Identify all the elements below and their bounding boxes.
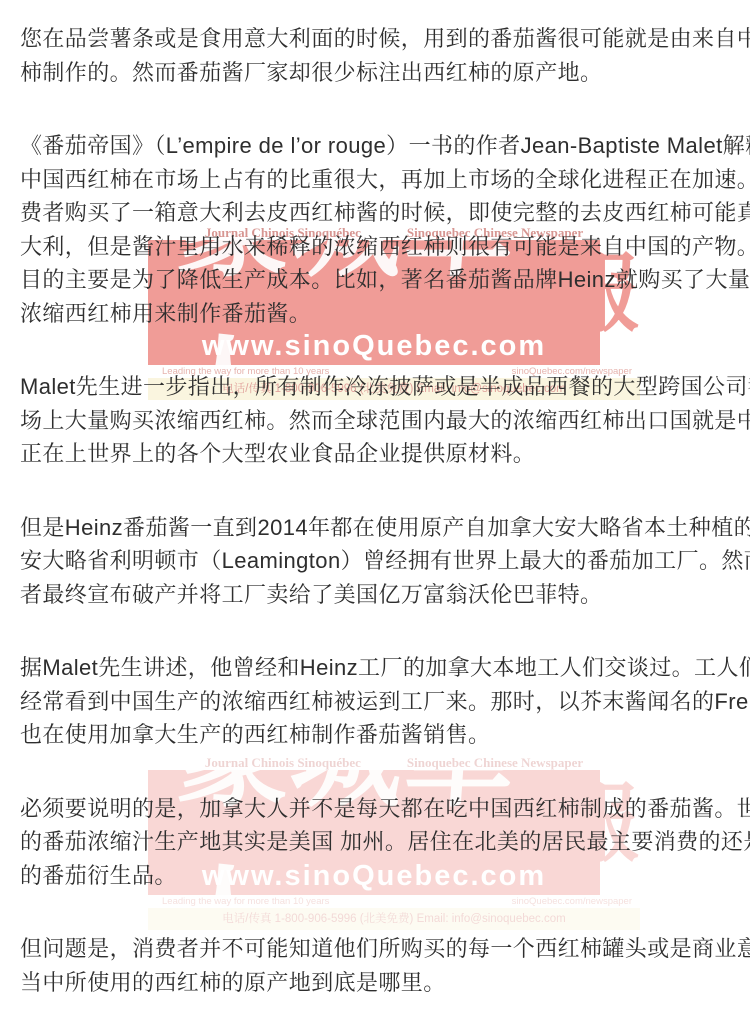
text-line: 场上大量购买浓缩西红柿。然而全球范围内最大的浓缩西红柿出口国就是中国。中国	[20, 404, 732, 438]
text-line: 柿制作的。然而番茄酱厂家却很少标注出西红柿的原产地。	[20, 56, 732, 90]
article-paragraph: 必须要说明的是，加拿大人并不是每天都在吃中国西红柿制成的番茄酱。世界上最大的番茄…	[20, 792, 732, 893]
article-paragraph: 您在品尝薯条或是食用意大利面的时候，用到的番茄酱很可能就是由来自中国的西红柿制作…	[20, 22, 732, 89]
article-paragraph: 但是Heinz番茄酱一直到2014年都在使用原产自加拿大安大略省本土种植的西红柿…	[20, 511, 732, 612]
text-line: 但问题是，消费者并不可能知道他们所购买的每一个西红柿罐头或是商业意大利面酱	[20, 932, 732, 966]
text-line: 当中所使用的西红柿的原产地到底是哪里。	[20, 966, 732, 1000]
text-line: 者最终宣布破产并将工厂卖给了美国亿万富翁沃伦巴菲特。	[20, 578, 732, 612]
article-page: Journal Chinois Sinoquébec Sinoquebec Ch…	[0, 0, 750, 1009]
text-line: 安大略省利明顿市（Leamington）曾经拥有世界上最大的番茄加工厂。然而工厂…	[20, 544, 732, 578]
text-line: 经常看到中国生产的浓缩西红柿被运到工厂来。那时，以芥末酱闻名的French’s公…	[20, 685, 732, 719]
text-line: 的番茄浓缩汁生产地其实是美国 加州。居住在北美的居民最主要消费的还是来自加州	[20, 825, 732, 859]
text-line: 浓缩西红柿用来制作番茄酱。	[20, 297, 732, 331]
article-paragraph: 但问题是，消费者并不可能知道他们所购买的每一个西红柿罐头或是商业意大利面酱当中所…	[20, 932, 732, 999]
article-paragraph: 《番茄帝国》（L’empire de l’or rouge）一书的作者Jean-…	[20, 129, 732, 330]
text-line: 但是Heinz番茄酱一直到2014年都在使用原产自加拿大安大略省本土种植的西红柿…	[20, 511, 732, 545]
text-line: 大利，但是酱汁里用水来稀释的浓缩西红柿则很有可能是来自中国的产物。这样做的	[20, 230, 732, 264]
article-paragraph: 据Malet先生讲述，他曾经和Heinz工厂的加拿大本地工人们交谈过。工人们都曾…	[20, 651, 732, 752]
article-body: 您在品尝薯条或是食用意大利面的时候，用到的番茄酱很可能就是由来自中国的西红柿制作…	[0, 0, 750, 999]
text-line: Malet先生进一步指出，所有制作冷冻披萨或是半成品西餐的大型跨国公司都在全球市	[20, 370, 732, 404]
text-line: 费者购买了一箱意大利去皮西红柿酱的时候，即使完整的去皮西红柿可能真的产自意	[20, 196, 732, 230]
text-line: 您在品尝薯条或是食用意大利面的时候，用到的番茄酱很可能就是由来自中国的西红	[20, 22, 732, 56]
text-line: 必须要说明的是，加拿大人并不是每天都在吃中国西红柿制成的番茄酱。世界上最大	[20, 792, 732, 826]
text-line: 也在使用加拿大生产的西红柿制作番茄酱销售。	[20, 718, 732, 752]
text-line: 《番茄帝国》（L’empire de l’or rouge）一书的作者Jean-…	[20, 129, 732, 163]
text-line: 据Malet先生讲述，他曾经和Heinz工厂的加拿大本地工人们交谈过。工人们都曾…	[20, 651, 732, 685]
article-paragraph: Malet先生进一步指出，所有制作冷冻披萨或是半成品西餐的大型跨国公司都在全球市…	[20, 370, 732, 471]
text-line: 中国西红柿在市场上占有的比重很大，再加上市场的全球化进程正在加速。所以当消	[20, 163, 732, 197]
text-line: 目的主要是为了降低生产成本。比如，著名番茄酱品牌Heinz就购买了大量产自中国的	[20, 263, 732, 297]
text-line: 的番茄衍生品。	[20, 859, 732, 893]
text-line: 正在上世界上的各个大型农业食品企业提供原材料。	[20, 437, 732, 471]
